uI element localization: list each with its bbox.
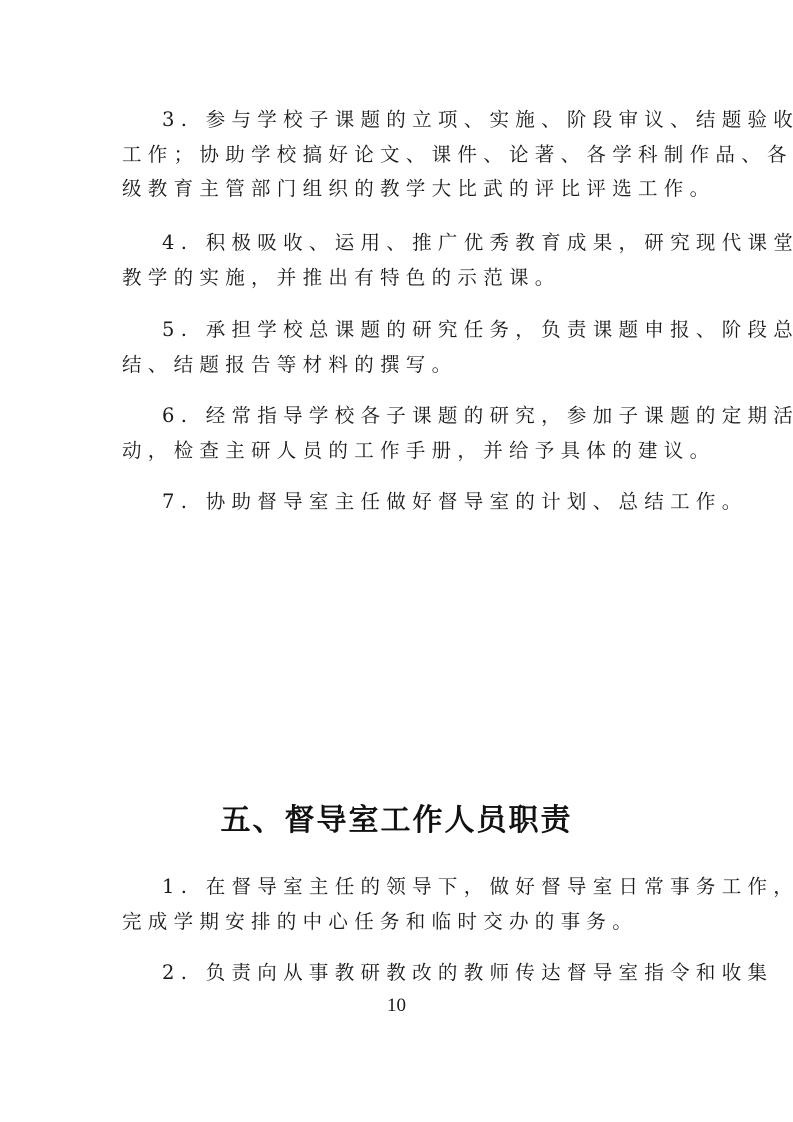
paragraph-line: 结、结题报告等材料的撰写。 (122, 348, 674, 383)
paragraph-line: 级教育主管部门组织的教学大比武的评比评选工作。 (122, 172, 674, 207)
page-number: 10 (0, 995, 793, 1017)
paragraph-line: 工作；协助学校搞好论文、课件、论著、各学科制作品、各 (122, 138, 674, 173)
list-item-5: 5. 承担学校总课题的研究任务，负责课题申报、阶段总 结、结题报告等材料的撰写。 (122, 313, 674, 382)
list-item-4: 4. 积极吸收、运用、推广优秀教育成果，研究现代课堂 教学的实施，并推出有特色的… (122, 226, 674, 295)
paragraph-line: 3. 参与学校子课题的立项、实施、阶段审议、结题验收 (122, 103, 674, 138)
paragraph-line: 教学的实施，并推出有特色的示范课。 (122, 261, 674, 296)
paragraph-line: 动，检查主研人员的工作手册，并给予具体的建议。 (122, 434, 674, 469)
paragraph-line: 7. 协助督导室主任做好督导室的计划、总结工作。 (122, 485, 674, 520)
paragraph-line: 1. 在督导室主任的领导下，做好督导室日常事务工作， (122, 870, 674, 905)
paragraph-line: 完成学期安排的中心任务和临时交办的事务。 (122, 905, 674, 940)
list-item-6: 6. 经常指导学校各子课题的研究，参加子课题的定期活 动，检查主研人员的工作手册… (122, 399, 674, 468)
document-page: 3. 参与学校子课题的立项、实施、阶段审议、结题验收 工作；协助学校搞好论文、课… (0, 0, 793, 1122)
paragraph-line: 6. 经常指导学校各子课题的研究，参加子课题的定期活 (122, 399, 674, 434)
list-item-3: 3. 参与学校子课题的立项、实施、阶段审议、结题验收 工作；协助学校搞好论文、课… (122, 103, 674, 207)
paragraph-line: 5. 承担学校总课题的研究任务，负责课题申报、阶段总 (122, 313, 674, 348)
section-heading: 五、督导室工作人员职责 (0, 795, 793, 839)
paragraph-line: 2. 负责向从事教研教改的教师传达督导室指令和收集 (122, 956, 674, 991)
list-item-7: 7. 协助督导室主任做好督导室的计划、总结工作。 (122, 485, 674, 520)
list-item-2: 2. 负责向从事教研教改的教师传达督导室指令和收集 (122, 956, 674, 991)
list-item-1: 1. 在督导室主任的领导下，做好督导室日常事务工作， 完成学期安排的中心任务和临… (122, 870, 674, 939)
paragraph-line: 4. 积极吸收、运用、推广优秀教育成果，研究现代课堂 (122, 226, 674, 261)
